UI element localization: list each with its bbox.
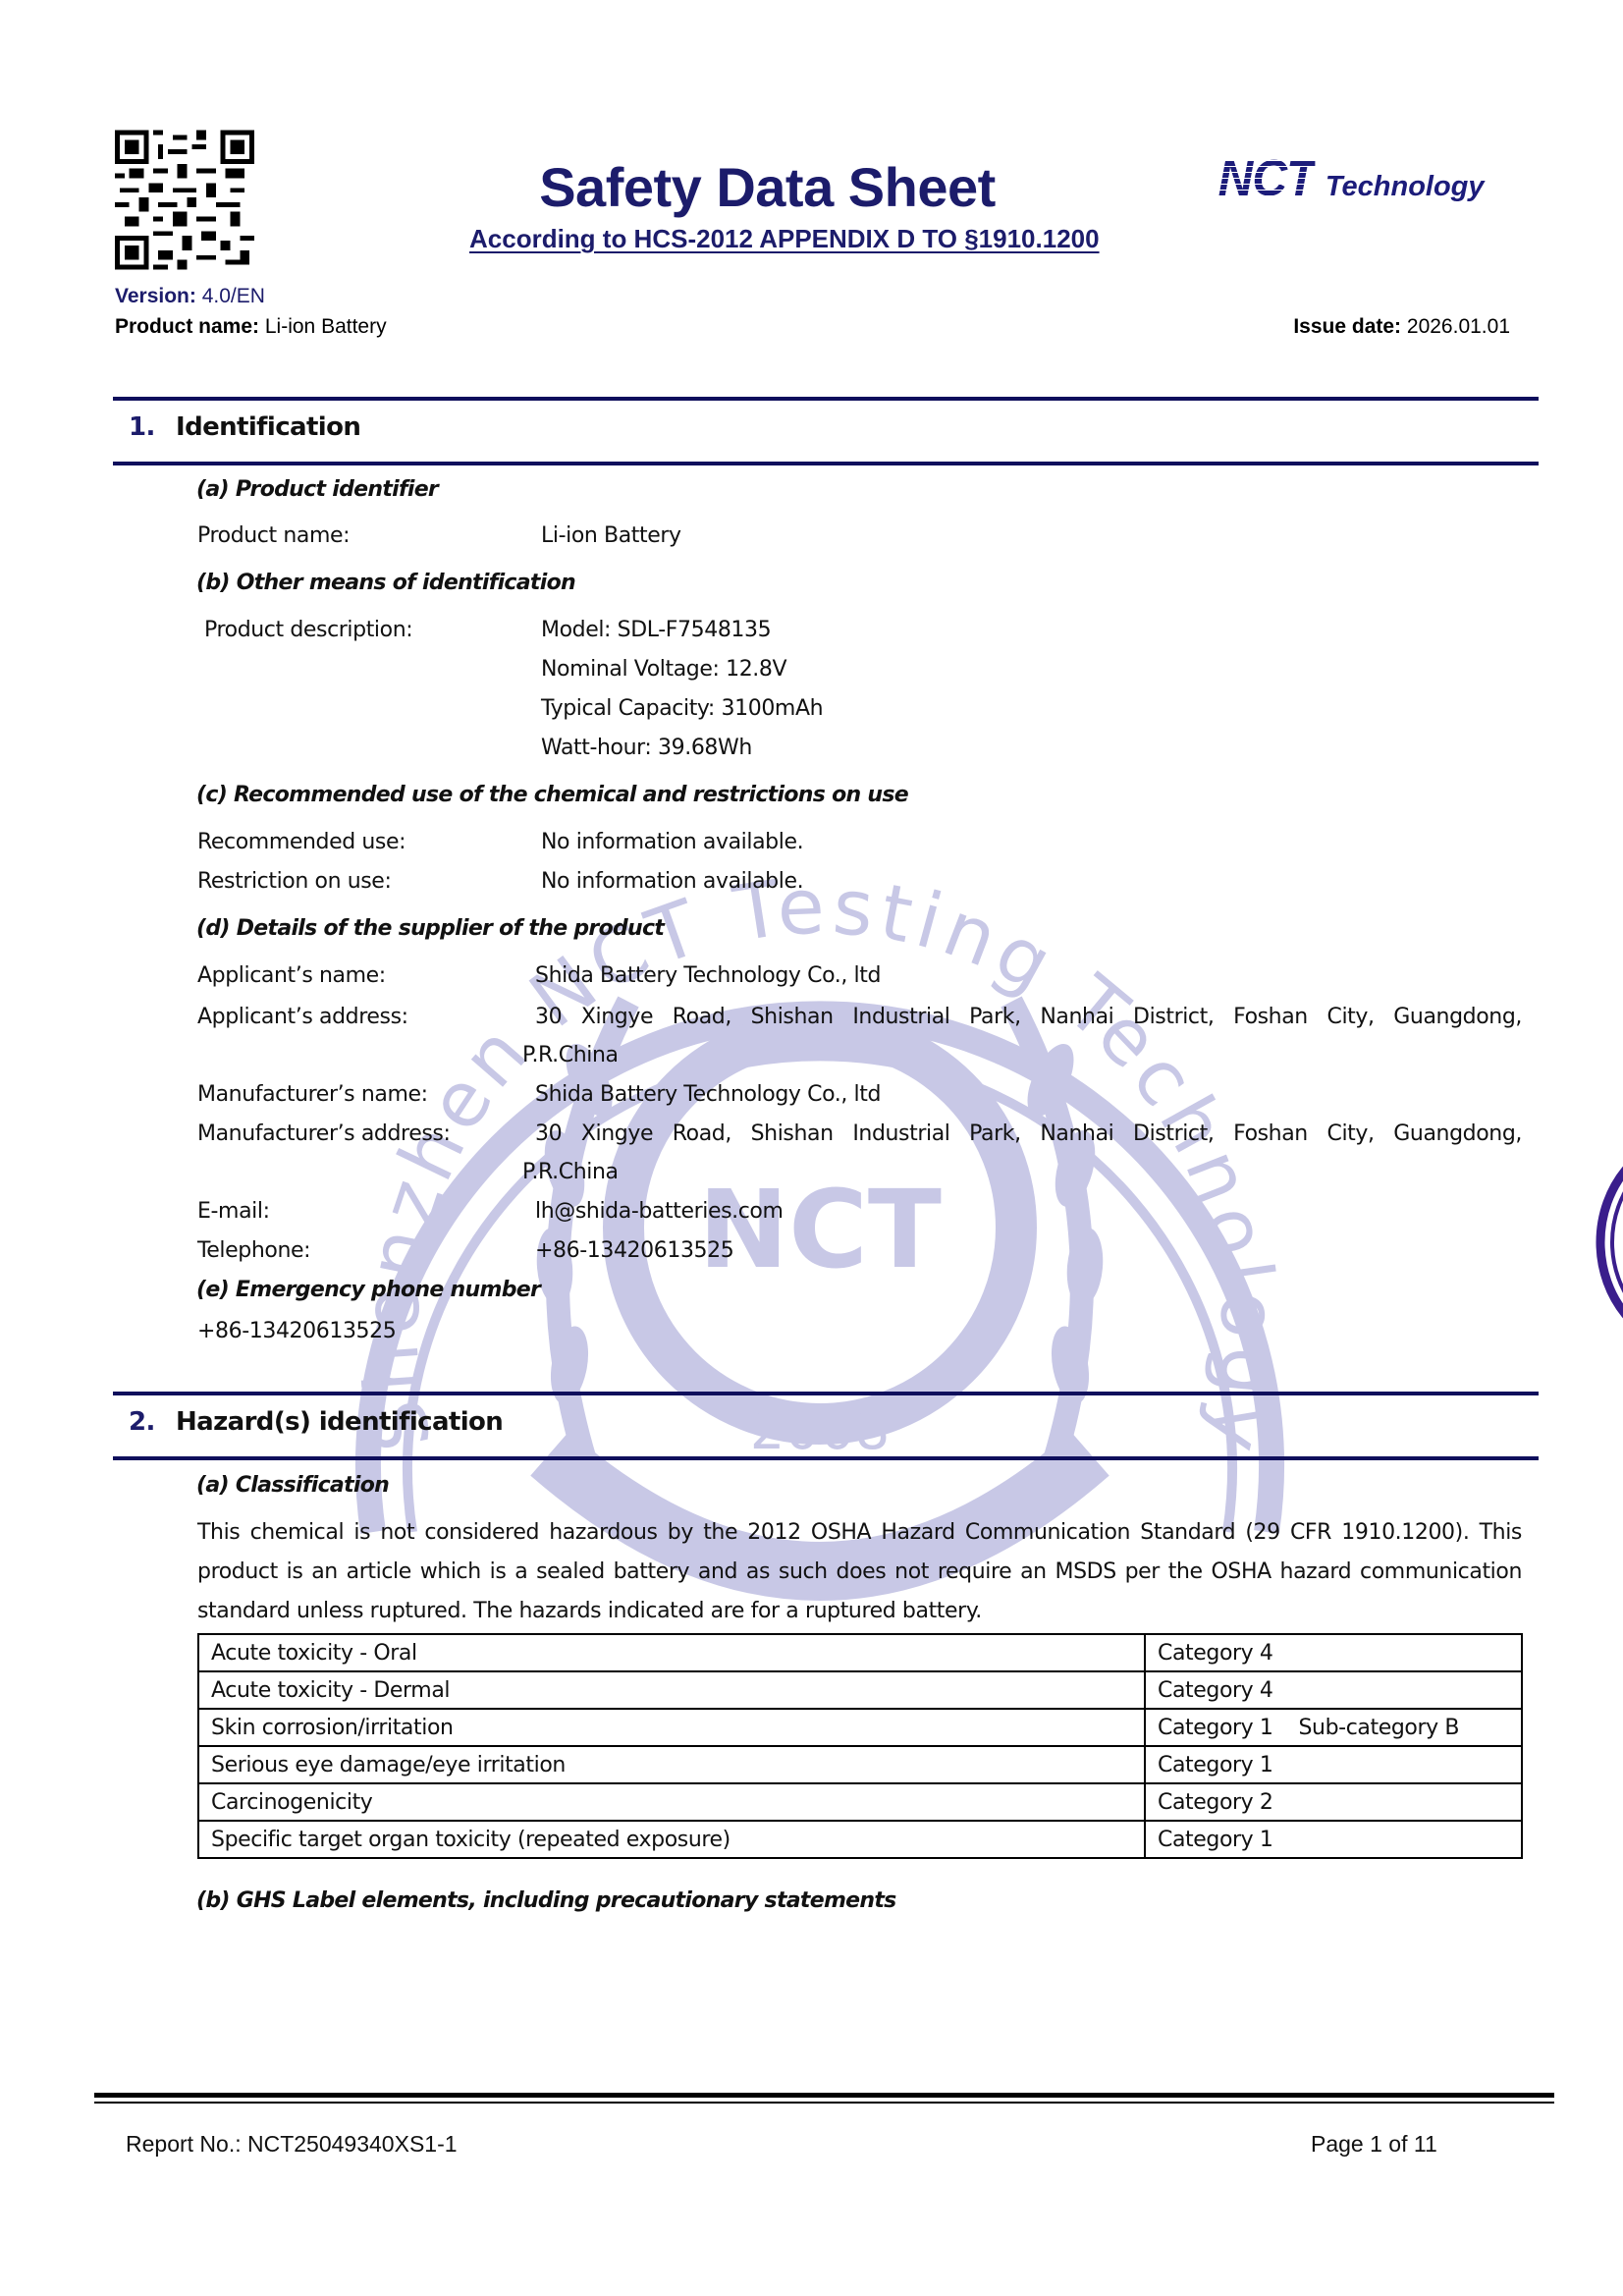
footer-divider: [94, 2093, 1554, 2098]
product-name-value: Li-ion Battery: [541, 523, 681, 548]
svg-text:2008: 2008: [750, 1398, 891, 1462]
subheading-ghs-label-elements: (b) GHS Label elements, including precau…: [196, 1888, 896, 1913]
section-1-heading: 1.Identification: [129, 412, 360, 442]
version-label: Version:: [115, 285, 196, 307]
category-cell: Category 1Sub-category B: [1145, 1709, 1522, 1746]
hazard-cell: Skin corrosion/irritation: [198, 1709, 1145, 1746]
subheading-product-identifier: (a) Product identifier: [196, 477, 438, 502]
header-product-line: Product name: Li-ion Battery: [115, 315, 387, 339]
applicant-address-label: Applicant’s address:: [197, 1005, 408, 1029]
table-row: Carcinogenicity Category 2: [198, 1783, 1522, 1821]
header-product-label: Product name:: [115, 315, 259, 338]
section-divider: [113, 397, 1539, 401]
version-value: 4.0/EN: [202, 285, 265, 307]
recommended-use-label: Recommended use:: [197, 830, 406, 854]
logo-word: Technology: [1325, 171, 1485, 202]
manufacturer-name-label: Manufacturer’s name:: [197, 1082, 428, 1107]
subheading-supplier-details: (d) Details of the supplier of the produ…: [196, 916, 664, 941]
svg-text:NCT: NCT: [698, 1167, 942, 1292]
edge-stamp-icon: [1591, 1129, 1623, 1355]
applicant-address-line2: P.R.China: [522, 1043, 619, 1067]
voltage-line: Nominal Voltage: 12.8V: [541, 657, 786, 682]
issue-date-line: Issue date: 2026.01.01: [1293, 315, 1510, 339]
manufacturer-address-line1: 30 Xingye Road, Shishan Industrial Park,…: [535, 1121, 1522, 1146]
table-row: Acute toxicity - Dermal Category 4: [198, 1671, 1522, 1709]
document-subtitle: According to HCS-2012 APPENDIX D TO §191…: [469, 224, 1100, 254]
hazard-cell: Specific target organ toxicity (repeated…: [198, 1821, 1145, 1858]
version-line: Version: 4.0/EN: [115, 285, 265, 308]
report-number-value: NCT25049340XS1-1: [247, 2131, 458, 2157]
applicant-name-value: Shida Battery Technology Co., ltd: [535, 963, 881, 988]
category-cell: Category 4: [1145, 1634, 1522, 1671]
capacity-line: Typical Capacity: 3100mAh: [541, 696, 823, 721]
hazard-classification-table: Acute toxicity - Oral Category 4 Acute t…: [197, 1633, 1523, 1859]
report-number-label: Report No.:: [126, 2131, 242, 2157]
section-divider: [113, 1392, 1539, 1395]
table-row: Acute toxicity - Oral Category 4: [198, 1634, 1522, 1671]
hazard-cell: Serious eye damage/eye irritation: [198, 1746, 1145, 1783]
section-title: Identification: [176, 412, 360, 442]
issue-date-value: 2026.01.01: [1407, 315, 1510, 338]
watermark-stamp: Shenzhen NCT Testing Technology Co.,Ltd.…: [0, 0, 1623, 2296]
section-2-heading: 2.Hazard(s) identification: [129, 1407, 503, 1437]
telephone-value: +86-13420613525: [535, 1238, 733, 1263]
manufacturer-name-value: Shida Battery Technology Co., ltd: [535, 1082, 881, 1107]
category-cell: Category 2: [1145, 1783, 1522, 1821]
email-label: E-mail:: [197, 1199, 270, 1224]
section-number: 2.: [129, 1407, 176, 1437]
report-number: Report No.: NCT25049340XS1-1: [126, 2131, 458, 2158]
table-row: Serious eye damage/eye irritation Catego…: [198, 1746, 1522, 1783]
manufacturer-address-label: Manufacturer’s address:: [197, 1121, 450, 1146]
section-divider: [113, 462, 1539, 465]
telephone-label: Telephone:: [197, 1238, 310, 1263]
issue-date-label: Issue date:: [1293, 315, 1401, 338]
subheading-classification: (a) Classification: [196, 1473, 389, 1498]
category-cell: Category 4: [1145, 1671, 1522, 1709]
product-name-label: Product name:: [197, 523, 350, 548]
product-description-label: Product description:: [204, 618, 412, 642]
restriction-label: Restriction on use:: [197, 869, 391, 894]
classification-paragraph: This chemical is not considered hazardou…: [197, 1513, 1522, 1631]
applicant-address-line1: 30 Xingye Road, Shishan Industrial Park,…: [535, 1005, 1522, 1029]
hazard-cell: Carcinogenicity: [198, 1783, 1145, 1821]
section-number: 1.: [129, 412, 176, 442]
section-title: Hazard(s) identification: [176, 1407, 503, 1437]
email-value: lh@shida-batteries.com: [535, 1199, 784, 1224]
footer-divider-thin: [94, 2102, 1554, 2104]
section-divider: [113, 1456, 1539, 1460]
subheading-other-identification: (b) Other means of identification: [196, 571, 575, 595]
hazard-cell: Acute toxicity - Oral: [198, 1634, 1145, 1671]
category-cell: Category 1: [1145, 1821, 1522, 1858]
restriction-value: No information available.: [541, 869, 803, 894]
watt-hour-line: Watt-hour: 39.68Wh: [541, 736, 752, 760]
subheading-emergency-phone: (e) Emergency phone number: [196, 1278, 540, 1302]
emergency-phone-value: +86-13420613525: [197, 1319, 396, 1343]
page-number: Page 1 of 11: [1311, 2131, 1437, 2158]
manufacturer-address-line2: P.R.China: [522, 1160, 619, 1184]
table-row: Specific target organ toxicity (repeated…: [198, 1821, 1522, 1858]
header-product-value: Li-ion Battery: [265, 315, 387, 338]
model-line: Model: SDL-F7548135: [541, 618, 771, 642]
applicant-name-label: Applicant’s name:: [197, 963, 386, 988]
table-row: Skin corrosion/irritation Category 1Sub-…: [198, 1709, 1522, 1746]
nct-logo: NCTTechnology: [1216, 149, 1485, 208]
hazard-cell: Acute toxicity - Dermal: [198, 1671, 1145, 1709]
subheading-recommended-use: (c) Recommended use of the chemical and …: [196, 783, 908, 807]
category-cell: Category 1: [1145, 1746, 1522, 1783]
logo-mark: NCT: [1218, 149, 1316, 208]
recommended-use-value: No information available.: [541, 830, 803, 854]
